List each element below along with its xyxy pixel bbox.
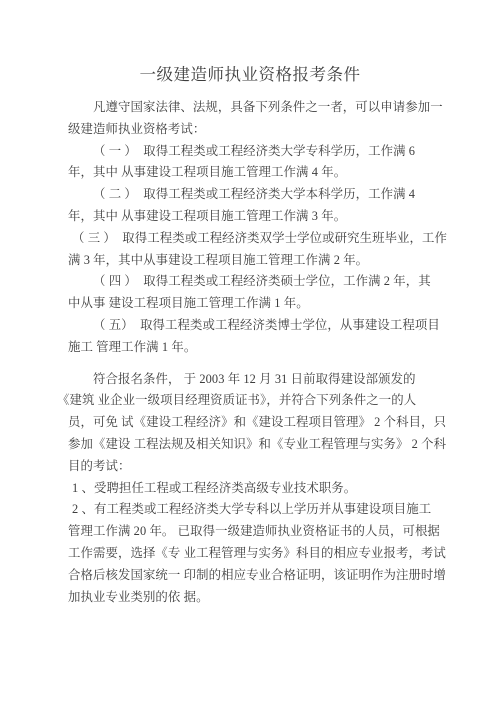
document-line: （ 一 ） 取得工程类或工程经济类大学专科学历，工作满 6 (68, 141, 434, 163)
document-line: （ 三 ） 取得工程类或工程经济类双学士学位或研究生班毕业，工作 (68, 228, 434, 250)
document-line: 1 、受聘担任工程或工程经济类高级专业技术职务。 (68, 478, 434, 500)
document-line: 目的考试： (68, 456, 434, 478)
document-page: 一级建造师执业资格报考条件 凡遵守国家法律、法规，具备下列条件之一者，可以申请参… (0, 0, 500, 707)
document-line: 中从事 建设工程项目施工管理工作满 1 年。 (68, 293, 434, 315)
document-line: （ 二 ） 取得工程类或工程经济类大学本科学历，工作满 4 (68, 184, 434, 206)
document-line: 合格后核发国家统一 印制的相应专业合格证明，该证明作为注册时增 (68, 565, 434, 587)
document-line: 工作需要，选择《专 业工程管理与实务》科目的相应专业报考，考试 (68, 543, 434, 565)
document-line: 2 、有工程类或工程经济类大学专科以上学历并从事建设项目施工 (68, 499, 434, 521)
document-line: 符合报名条件， 于 2003 年 12 月 31 日前取得建设部颁发的 (68, 369, 434, 391)
document-line: 《建筑 业企业一级项目经理资质证书》，并符合下列条件之一的人 (57, 390, 434, 412)
document-line: （ 五） 取得工程类或工程经济类博士学位，从事建设工程项目 (68, 315, 434, 337)
document-line: 加执业专业类别的依 据。 (68, 587, 434, 609)
document-title: 一级建造师执业资格报考条件 (0, 62, 500, 88)
document-line: 凡遵守国家法律、法规，具备下列条件之一者，可以申请参加一 (68, 97, 434, 119)
document-line: （ 四 ） 取得工程类或工程经济类硕士学位，工作满 2 年，其 (68, 271, 434, 293)
document-line: 员，可免 试《建设工程经济》和《建设工程项目管理》 2 个科目，只 (68, 412, 434, 434)
document-line: 年，其中 从事建设工程项目施工管理工作满 4 年。 (68, 162, 434, 184)
document-line: 管理工作满 20 年。 已取得一级建造师执业资格证书的人员，可根据 (68, 521, 434, 543)
document-line: 参加《建设 工程法规及相关知识》和《专业工程管理与实务》 2 个科 (68, 434, 434, 456)
document-line: 施工 管理工作满 1 年。 (68, 337, 434, 359)
document-line: 年，其中 从事建设工程项目施工管理工作满 3 年。 (68, 206, 434, 228)
document-body: 凡遵守国家法律、法规，具备下列条件之一者，可以申请参加一 级建造师执业资格考试：… (68, 97, 434, 608)
document-line: 满 3 年，其中从事建设工程项目施工管理工作满 2 年。 (68, 250, 434, 272)
document-line: 级建造师执业资格考试： (68, 119, 434, 141)
